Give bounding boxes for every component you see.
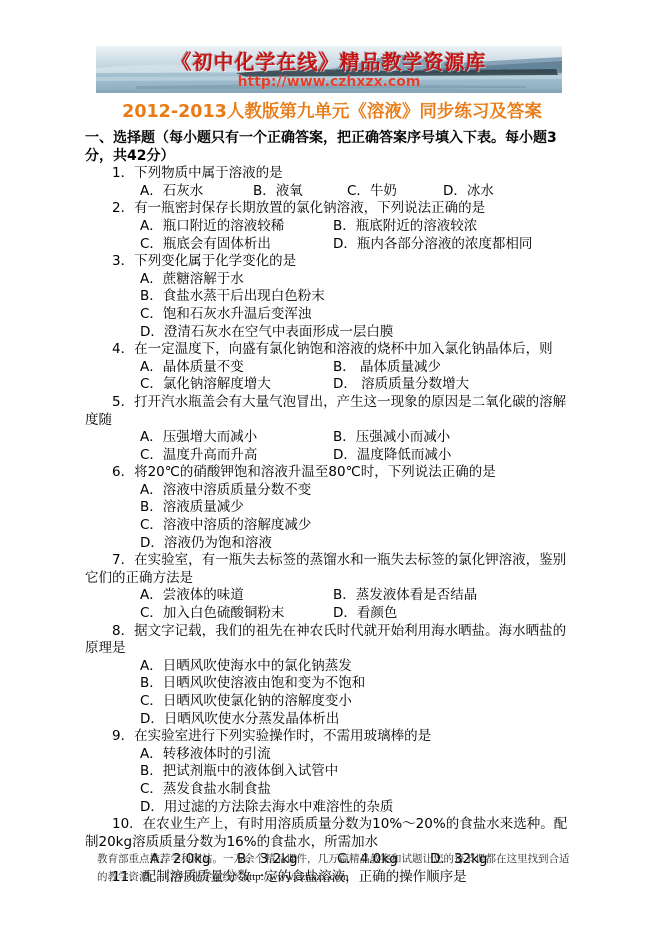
banner-site-title: 《初中化学在线》精品教学资源库 bbox=[96, 51, 562, 73]
question-7-stem: 7．在实验室，有一瓶失去标签的蒸馏水和一瓶失去标签的氯化钾溶液，鉴别它们的正确方… bbox=[85, 552, 579, 587]
question-5-option-b: B．压强减小而减小 bbox=[333, 429, 579, 447]
question-1-options: A．石灰水 B．液氧 C．牛奶 D．冰水 bbox=[85, 183, 579, 201]
question-4-option-b: B． 晶体质量减少 bbox=[333, 359, 579, 377]
question-3-option-d: D．澄清石灰水在空气中表面形成一层白膜 bbox=[140, 324, 579, 342]
question-2-stem: 2．有一瓶密封保存长期放置的氯化钠溶液，下列说法正确的是 bbox=[85, 200, 579, 218]
question-2-option-d: D．瓶内各部分溶液的浓度都相同 bbox=[333, 236, 579, 254]
question-9-option-d: D．用过滤的方法除去海水中难溶性的杂质 bbox=[140, 799, 579, 817]
question-1-option-a: A．石灰水 bbox=[140, 183, 253, 201]
page-title: 2012-2013人教版第九单元《溶液》同步练习及答案 bbox=[85, 98, 579, 123]
question-1-stem: 1．下列物质中属于溶液的是 bbox=[85, 165, 579, 183]
question-3-stem: 3．下列变化属于化学变化的是 bbox=[85, 253, 579, 271]
document-page: 《初中化学在线》精品教学资源库 http://www.czhxzx.com 20… bbox=[0, 0, 661, 935]
question-4-stem: 4．在一定温度下，向盛有氯化钠饱和溶液的烧杯中加入氯化钠晶体后，则 bbox=[85, 341, 579, 359]
question-1-option-b: B．液氧 bbox=[253, 183, 347, 201]
question-7-option-b: B．蒸发液体看是否结晶 bbox=[333, 587, 579, 605]
question-7-option-d: D．看颜色 bbox=[333, 605, 579, 623]
question-3: 3．下列变化属于化学变化的是 A．蔗糖溶解于水 B．食盐水蒸干后出现白色粉末 C… bbox=[85, 253, 579, 341]
footer-site-name: 《初中化学在线》 bbox=[160, 871, 244, 883]
question-4-option-a: A．晶体质量不变 bbox=[140, 359, 333, 377]
site-banner: 《初中化学在线》精品教学资源库 http://www.czhxzx.com bbox=[96, 46, 562, 93]
question-7-options: A．尝液体的味道 B．蒸发液体看是否结晶 C．加入白色硫酸铜粉末 D．看颜色 bbox=[85, 587, 579, 622]
question-6-stem: 6．将20℃的硝酸钾饱和溶液升温至80℃时，下列说法正确的是 bbox=[85, 464, 579, 482]
question-8-option-b: B．日晒风吹使溶液由饱和变为不饱和 bbox=[140, 675, 579, 693]
question-9: 9．在实验室进行下列实验操作时，不需用玻璃棒的是 A．转移液体时的引流 B．把试… bbox=[85, 728, 579, 816]
question-3-option-c: C．饱和石灰水升温后变浑浊 bbox=[140, 306, 579, 324]
question-10-stem: 10．在农业生产上，有时用溶质质量分数为10%～20%的食盐水来选种。配制20k… bbox=[85, 816, 579, 851]
question-9-option-a: A．转移液体时的引流 bbox=[140, 746, 579, 764]
exam-content: 一、选择题（每小题只有一个正确答案，把正确答案序号填入下表。每小题3分，共42分… bbox=[85, 130, 579, 887]
question-3-option-b: B．食盐水蒸干后出现白色粉末 bbox=[140, 288, 579, 306]
section-header: 一、选择题（每小题只有一个正确答案，把正确答案序号填入下表。每小题3分，共42分… bbox=[85, 130, 579, 165]
question-8-option-d: D．日晒风吹使水分蒸发晶体析出 bbox=[140, 711, 579, 729]
question-6-option-d: D．溶液仍为饱和溶液 bbox=[140, 535, 579, 553]
question-5: 5．打开汽水瓶盖会有大量气泡冒出，产生这一现象的原因是二氧化碳的溶解度随 A．压… bbox=[85, 394, 579, 464]
question-9-option-c: C．蒸发食盐水制食盐 bbox=[140, 781, 579, 799]
question-3-option-a: A．蔗糖溶解于水 bbox=[140, 271, 579, 289]
question-6-options: A．溶液中溶质质量分数不变 B．溶液质量减少 C．溶液中溶质的溶解度减少 D．溶… bbox=[85, 482, 579, 552]
question-8-stem: 8．据文字记载，我们的祖先在神农氏时代就开始利用海水晒盐。海水晒盐的原理是 bbox=[85, 623, 579, 658]
question-4-option-c: C．氯化钠溶解度增大 bbox=[140, 376, 333, 394]
question-9-option-b: B．把试剂瓶中的液体倒入试管中 bbox=[140, 763, 579, 781]
question-3-options: A．蔗糖溶解于水 B．食盐水蒸干后出现白色粉末 C．饱和石灰水升温后变浑浊 D．… bbox=[85, 271, 579, 341]
question-9-stem: 9．在实验室进行下列实验操作时，不需用玻璃棒的是 bbox=[85, 728, 579, 746]
question-7: 7．在实验室，有一瓶失去标签的蒸馏水和一瓶失去标签的氯化钾溶液，鉴别它们的正确方… bbox=[85, 552, 579, 622]
question-8-option-c: C．日晒风吹使氯化钠的溶解度变小 bbox=[140, 693, 579, 711]
question-5-option-c: C．温度升高而升高 bbox=[140, 447, 333, 465]
question-4-options: A．晶体质量不变 B． 晶体质量减少 C．氯化钠溶解度增大 D． 溶质质量分数增… bbox=[85, 359, 579, 394]
question-7-option-c: C．加入白色硫酸铜粉末 bbox=[140, 605, 333, 623]
question-1-option-d: D．冰水 bbox=[443, 183, 579, 201]
question-4: 4．在一定温度下，向盛有氯化钠饱和溶液的烧杯中加入氯化钠晶体后，则 A．晶体质量… bbox=[85, 341, 579, 394]
question-6-option-a: A．溶液中溶质质量分数不变 bbox=[140, 482, 579, 500]
question-2-option-c: C．瓶底会有固体析出 bbox=[140, 236, 333, 254]
question-5-options: A．压强增大而减小 B．压强减小而减小 C．温度升高而升高 D．温度降低而减小 bbox=[85, 429, 579, 464]
question-9-options: A．转移液体时的引流 B．把试剂瓶中的液体倒入试管中 C．蒸发食盐水制食盐 D．… bbox=[85, 746, 579, 816]
question-5-option-d: D．温度降低而减小 bbox=[333, 447, 579, 465]
footer-url-link[interactable]: http://www.czhxzx.com bbox=[244, 871, 349, 883]
question-2: 2．有一瓶密封保存长期放置的氯化钠溶液，下列说法正确的是 A．瓶口附近的溶液较稀… bbox=[85, 200, 579, 253]
question-8: 8．据文字记载，我们的祖先在神农氏时代就开始利用海水晒盐。海水晒盐的原理是 A．… bbox=[85, 623, 579, 729]
question-1-option-c: C．牛奶 bbox=[347, 183, 443, 201]
footer-note: 教育部重点推荐学科网站。一万余个精品课件，几万篇精品教案和试题让您的每节课都在这… bbox=[97, 851, 571, 886]
question-5-option-a: A．压强增大而减小 bbox=[140, 429, 333, 447]
question-6-option-b: B．溶液质量减少 bbox=[140, 499, 579, 517]
question-7-option-a: A．尝液体的味道 bbox=[140, 587, 333, 605]
question-8-options: A．日晒风吹使海水中的氯化钠蒸发 B．日晒风吹使溶液由饱和变为不饱和 C．日晒风… bbox=[85, 658, 579, 728]
question-4-option-d: D． 溶质质量分数增大 bbox=[333, 376, 579, 394]
question-1: 1．下列物质中属于溶液的是 A．石灰水 B．液氧 C．牛奶 D．冰水 bbox=[85, 165, 579, 200]
question-6: 6．将20℃的硝酸钾饱和溶液升温至80℃时，下列说法正确的是 A．溶液中溶质质量… bbox=[85, 464, 579, 552]
question-2-option-a: A．瓶口附近的溶液较稀 bbox=[140, 218, 333, 236]
question-5-stem: 5．打开汽水瓶盖会有大量气泡冒出，产生这一现象的原因是二氧化碳的溶解度随 bbox=[85, 394, 579, 429]
question-2-options: A．瓶口附近的溶液较稀 B．瓶底附近的溶液较浓 C．瓶底会有固体析出 D．瓶内各… bbox=[85, 218, 579, 253]
question-2-option-b: B．瓶底附近的溶液较浓 bbox=[333, 218, 579, 236]
question-8-option-a: A．日晒风吹使海水中的氯化钠蒸发 bbox=[140, 658, 579, 676]
question-6-option-c: C．溶液中溶质的溶解度减少 bbox=[140, 517, 579, 535]
banner-site-url-link[interactable]: http://www.czhxzx.com bbox=[96, 74, 562, 90]
